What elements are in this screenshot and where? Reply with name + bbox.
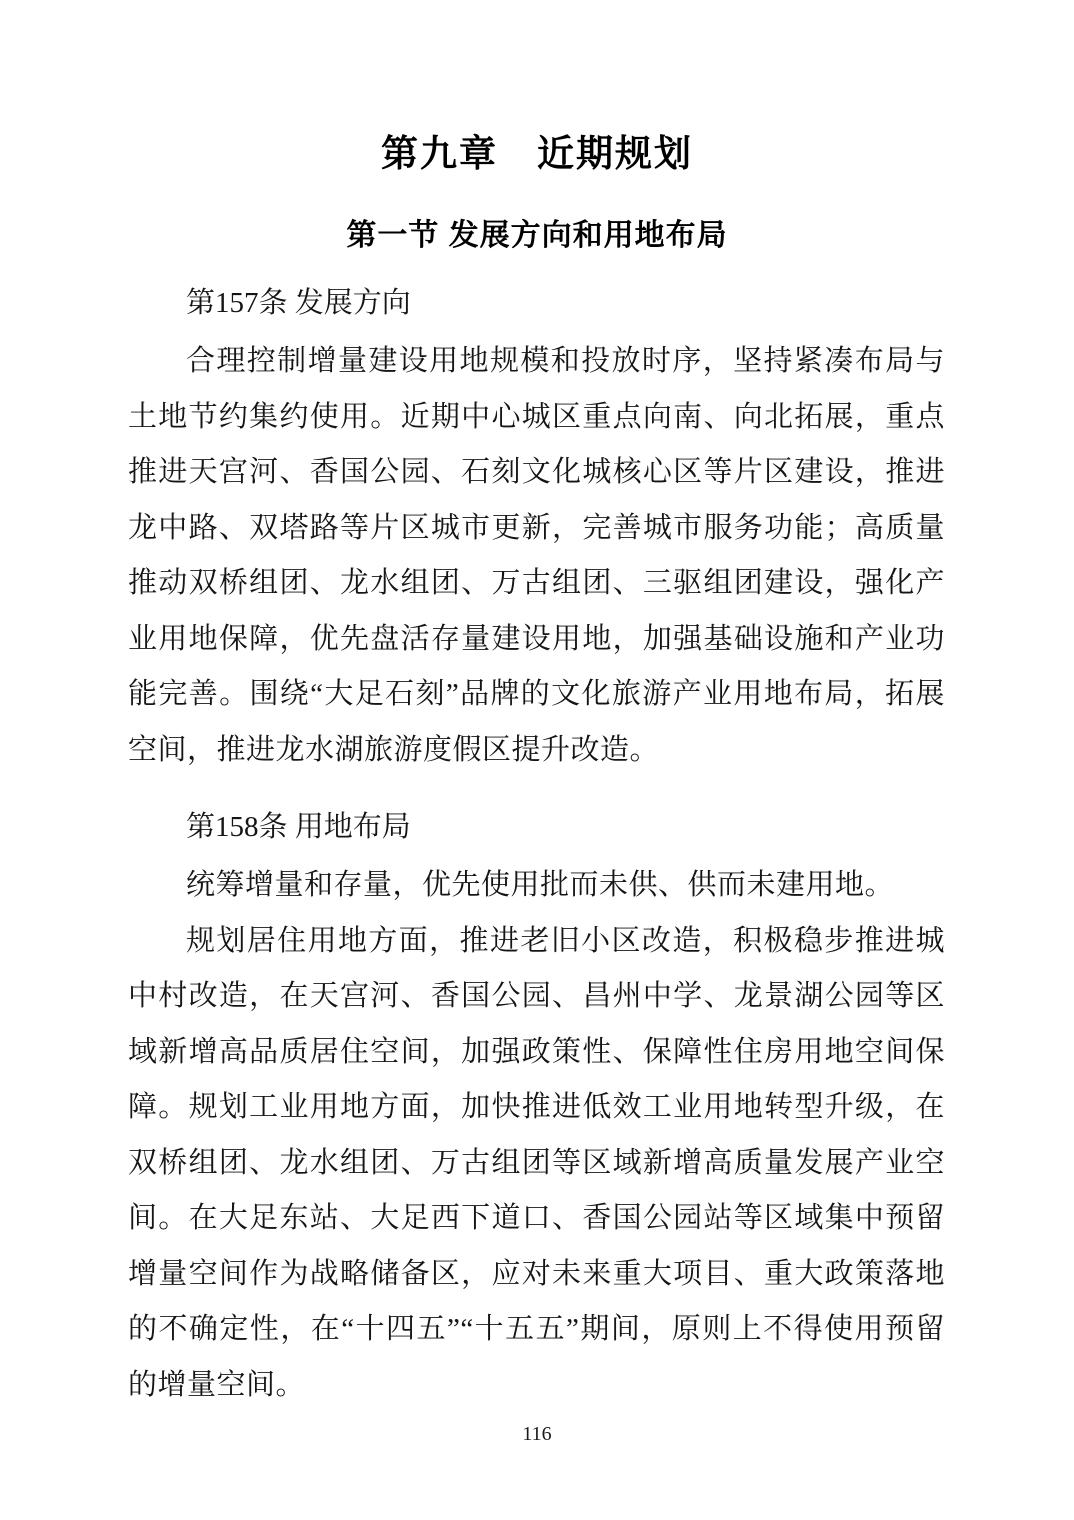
article-158-heading: 第158条 用地布局 [128,810,945,844]
article-158-paragraph-1: 统筹增量和存量，优先使用批而未供、供而未建用地。 [128,858,945,914]
chapter-title: 第九章 近期规划 [0,0,1074,176]
article-157: 第157条 发展方向 合理控制增量建设用地规模和投放时序，坚持紧凑布局与土地节约… [128,286,945,778]
article-157-paragraph: 合理控制增量建设用地规模和投放时序，坚持紧凑布局与土地节约集约使用。近期中心城区… [128,334,945,778]
document-page: 第九章 近期规划 第一节 发展方向和用地布局 第157条 发展方向 合理控制增量… [0,0,1074,1520]
article-158: 第158条 用地布局 统筹增量和存量，优先使用批而未供、供而未建用地。 规划居住… [128,810,945,1413]
page-content: 第157条 发展方向 合理控制增量建设用地规模和投放时序，坚持紧凑布局与土地节约… [0,286,1074,1413]
section-title: 第一节 发展方向和用地布局 [0,218,1074,254]
article-157-heading: 第157条 发展方向 [128,286,945,320]
article-158-paragraph-2: 规划居住用地方面，推进老旧小区改造，积极稳步推进城中村改造，在天宫河、香国公园、… [128,914,945,1414]
page-number: 116 [0,1422,1074,1446]
